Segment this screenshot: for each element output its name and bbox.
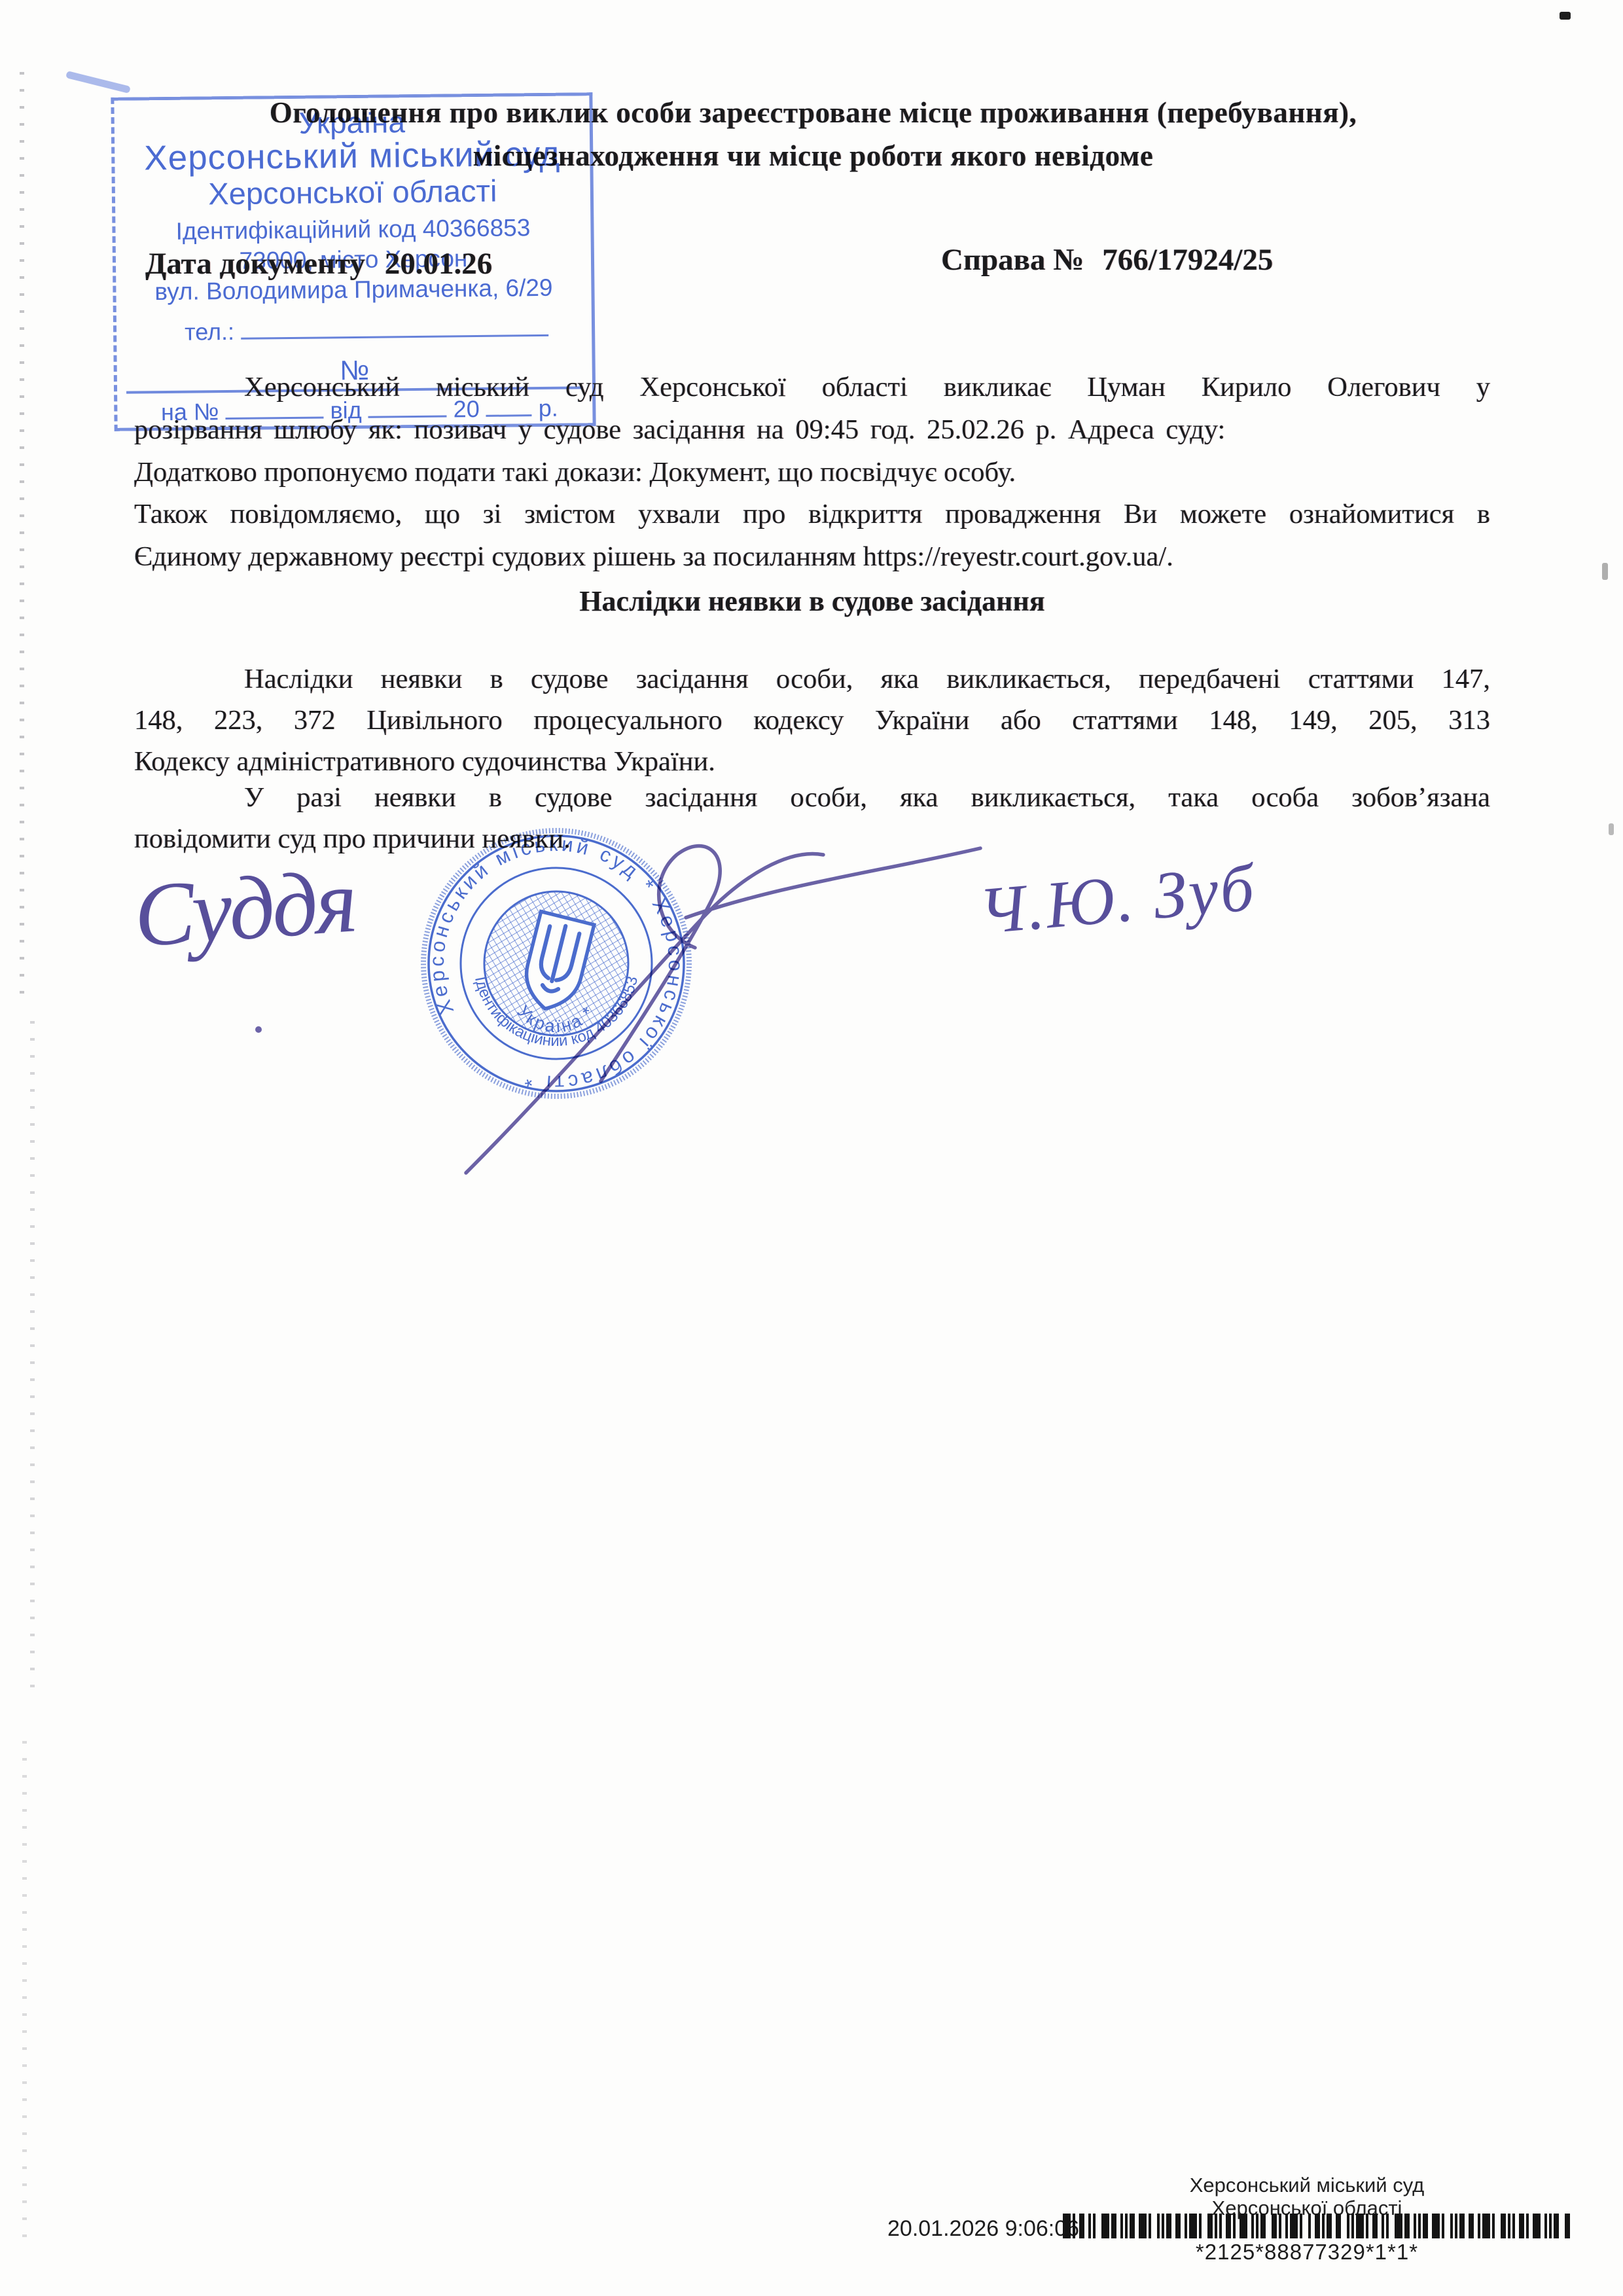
stamp-phone-blank (241, 312, 548, 340)
footer-court-line1: Херсонський міський суд (1111, 2174, 1503, 2197)
footer-datetime: 20.01.2026 9:06:06 (887, 2216, 1079, 2242)
case-label: Справа № (941, 243, 1084, 277)
stamp-phone-row: тел.: (116, 312, 592, 347)
case-number-row: Справа № 766/17924/25 (941, 242, 1273, 278)
body-line: Кодексу адміністративного судочинства Ук… (134, 745, 1490, 779)
scan-speckle-column (30, 1021, 35, 1702)
stamp-court-region: Херсонської області (115, 171, 591, 213)
scan-fleck (1560, 12, 1571, 20)
body-line: У разі неявки в судове засідання особи, … (134, 781, 1490, 815)
handwritten-judge-label: Суддя (131, 848, 358, 967)
scan-speckle-column (22, 1741, 27, 2238)
stamp-id-code: Ідентифікаційний код 40366853 (115, 213, 590, 246)
date-label: Дата документу (145, 247, 365, 281)
body-line: Херсонський міський суд Херсонської обла… (134, 370, 1490, 404)
barcode (1063, 2214, 1572, 2238)
body-line: розірвання шлюбу як: позивач у судове за… (134, 413, 1490, 447)
date-value: 20.01.26 (385, 247, 493, 281)
scanned-court-document-page: Оголошення про виклик особи зареєстрован… (0, 0, 1623, 2296)
body-line-with-registry-link: Єдиному державному реєстрі судових рішен… (134, 540, 1490, 574)
body-line: Також повідомляємо, що зі змістом ухвали… (134, 497, 1490, 531)
body-line: Додатково пропонуємо подати такі докази:… (134, 456, 1490, 490)
scan-fleck (1602, 563, 1608, 580)
document-date-row: Дата документу 20.01.26 (145, 246, 492, 281)
body-line: Наслідки неявки в судове засідання особи… (134, 662, 1490, 696)
scan-speckle-column (20, 72, 24, 1008)
section-heading: Наслідки неявки в судове засідання (134, 584, 1490, 618)
scan-fleck (1609, 823, 1614, 835)
stamp-phone-label: тел.: (185, 318, 234, 346)
ink-dot (255, 1026, 262, 1033)
handwritten-judge-name: Ч.Ю. Зуб (976, 850, 1259, 950)
case-value: 766/17924/25 (1102, 243, 1273, 277)
official-round-seal: Херсонський міський суд * Херсонської об… (419, 826, 694, 1101)
body-line: 148, 223, 372 Цивільного процесуального … (134, 704, 1490, 738)
barcode-code-text: *2125*88877329*1*1* (1111, 2240, 1503, 2265)
stamp-ink-smear (65, 71, 131, 94)
